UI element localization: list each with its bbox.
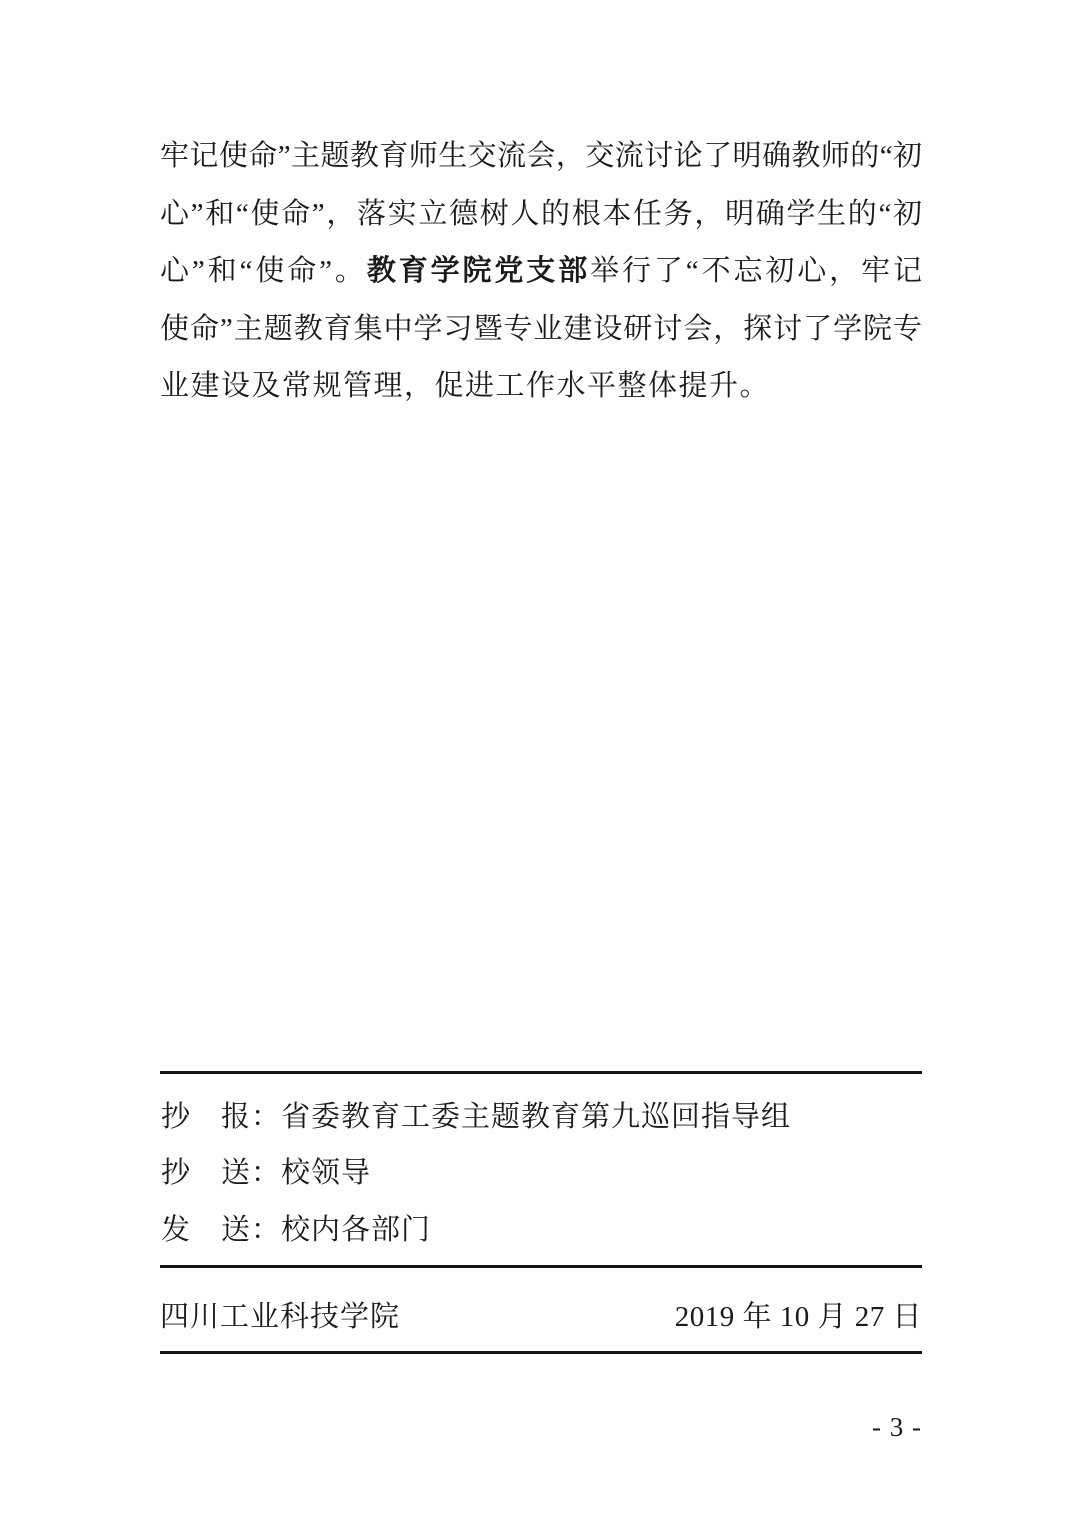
document-page: 牢记使命”主题教育师生交流会，交流讨论了明确教师的“初 心”和“使命”，落实立德… (0, 0, 1080, 1516)
body-line-5-text: 业建设及常规管理，促进工作水平整体提升。 (160, 370, 770, 402)
cc-copy-line: 抄 送：校领导 (161, 1157, 371, 1189)
page-number: - 3 - (160, 1412, 922, 1442)
body-line-2: 心”和“使命”，落实立德树人的根本任务，明确学生的“初 (160, 186, 922, 244)
body-line-2-text: 心”和“使命”，落实立德树人的根本任务，明确学生的“初 (160, 198, 922, 230)
cc-send-line: 发 送：校内各部门 (161, 1214, 431, 1246)
body-line-5: 业建设及常规管理，促进工作水平整体提升。 (160, 358, 922, 416)
body-line-3-bold-org-name: 教育学院党支部 (367, 255, 590, 287)
divider-middle (160, 1265, 922, 1268)
divider-top (160, 1071, 922, 1074)
issue-date: 2019 年 10 月 27 日 (675, 1301, 922, 1333)
body-line-3: 心”和“使命”。教育学院党支部举行了“不忘初心，牢记 (160, 243, 922, 301)
body-line-1-text: 牢记使命”主题教育师生交流会，交流讨论了明确教师的“初 (160, 140, 922, 172)
body-paragraph: 牢记使命”主题教育师生交流会，交流讨论了明确教师的“初 心”和“使命”，落实立德… (160, 128, 922, 416)
issuer-row: 四川工业科技学院 2019 年 10 月 27 日 (160, 1301, 922, 1333)
body-line-4-text: 使命”主题教育集中学习暨专业建设研讨会，探讨了学院专 (160, 313, 922, 345)
body-line-4: 使命”主题教育集中学习暨专业建设研讨会，探讨了学院专 (160, 301, 922, 359)
body-line-1: 牢记使命”主题教育师生交流会，交流讨论了明确教师的“初 (160, 128, 922, 186)
body-line-3-post: 举行了“不忘初心，牢记 (590, 255, 922, 287)
issuer-name: 四川工业科技学院 (160, 1301, 400, 1333)
body-line-3-pre: 心”和“使命”。 (160, 255, 367, 287)
divider-bottom (160, 1351, 922, 1354)
cc-report-line: 抄 报：省委教育工委主题教育第九巡回指导组 (161, 1101, 791, 1133)
